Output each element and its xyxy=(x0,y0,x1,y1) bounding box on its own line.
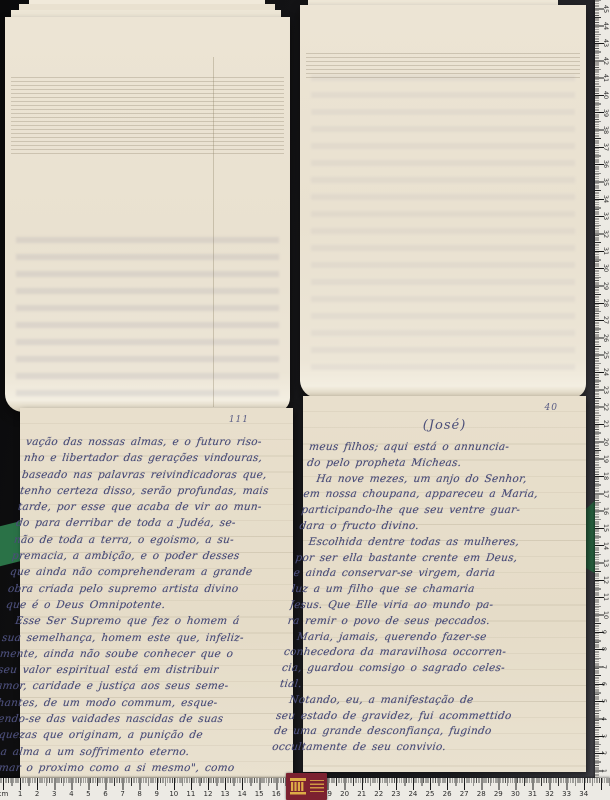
handwritten-line: baseado nas palavras reivindicadoras que… xyxy=(21,467,286,483)
ruler-label: 8 xyxy=(600,647,608,651)
handwritten-text-right: meus filhos; aqui está o annuncia-do pel… xyxy=(271,440,583,756)
ruler-label: 12 xyxy=(203,790,212,798)
handwritten-line: que ainda não comprehenderam a grande xyxy=(9,564,274,580)
ruler-label: 19 xyxy=(602,455,610,463)
ruler-label: 10 xyxy=(602,611,610,619)
ruler-label: 9 xyxy=(154,790,158,798)
ruler-label: 27 xyxy=(602,316,610,324)
ruler-label: 31 xyxy=(528,790,537,798)
ruler-label: 39 xyxy=(602,108,610,116)
ruler-label: 14 xyxy=(602,541,610,549)
flipped-page-back xyxy=(5,17,290,412)
ruler-label: 43 xyxy=(602,39,610,47)
stamp-text-lines xyxy=(310,780,324,793)
ruler-label: 36 xyxy=(602,160,610,168)
handwritten-line: Notando, eu, a manifestação de xyxy=(277,693,552,709)
handwritten-line: luz a um filho que se chamaria xyxy=(291,582,566,598)
right-flipped-page-stack xyxy=(300,0,586,398)
handwritten-line: occultamente de seu convivio. xyxy=(271,740,546,756)
ruler-tick-marks xyxy=(595,0,604,800)
handwritten-line: participando-lhe que seu ventre guar- xyxy=(300,503,575,519)
handwritten-line: do para derribar de toda a Judéa, se- xyxy=(15,515,280,531)
handwritten-line: por ser ella bastante crente em Deus, xyxy=(294,551,569,567)
ruler-label: 8 xyxy=(137,790,141,798)
left-flipped-page-stack xyxy=(5,0,290,412)
ruler-label: 22 xyxy=(602,403,610,411)
handwritten-line: conhecedora da maravilhosa occorren- xyxy=(283,645,558,661)
flipped-page-back xyxy=(300,5,586,398)
ruler-label: 21 xyxy=(357,790,366,798)
ruler-label: 11 xyxy=(186,790,195,798)
left-written-page: 111 vação das nossas almas, e o futuro r… xyxy=(20,408,293,780)
scanned-manuscript-photo: 111 vação das nossas almas, e o futuro r… xyxy=(0,0,610,800)
ink-bleed-through xyxy=(16,237,278,405)
handwritten-line: do pelo propheta Micheas. xyxy=(306,456,581,472)
stacked-sheet-striations xyxy=(11,77,285,155)
handwritten-line: premacia, a ambição, e o poder desses xyxy=(11,548,276,564)
ruler-label: 22 xyxy=(374,790,383,798)
ruler-label: 5 xyxy=(86,790,90,798)
ruler-label: 13 xyxy=(602,559,610,567)
handwritten-line: tial. xyxy=(279,677,554,693)
ruler-label: 33 xyxy=(562,790,571,798)
ruler-label: 6 xyxy=(103,790,107,798)
ruler-label: 23 xyxy=(391,790,400,798)
handwritten-text-left: vação das nossas almas, e o futuro riso-… xyxy=(0,434,290,776)
ruler-label: 28 xyxy=(477,790,486,798)
ruler-label: 35 xyxy=(602,178,610,186)
ruler-label: 1 xyxy=(600,769,608,773)
handwritten-line: vação das nossas almas, e o futuro riso- xyxy=(25,434,290,450)
ruler-label: 37 xyxy=(602,143,610,151)
ruler-label: 26 xyxy=(443,790,452,798)
handwritten-line: dara o fructo divino. xyxy=(298,519,573,535)
handwritten-line: não de toda a terra, o egoismo, a su- xyxy=(13,532,278,548)
ruler-label: 21 xyxy=(602,420,610,428)
ruler-label: 45 xyxy=(602,4,610,12)
ruler-label: 18 xyxy=(602,472,610,480)
handwritten-line: Jesus. Que Elle viria ao mundo pa- xyxy=(289,598,564,614)
ruler-label: 42 xyxy=(602,56,610,64)
handwritten-line: seu valor espiritual está em distribuir xyxy=(0,662,262,678)
ruler-label: 3 xyxy=(52,790,56,798)
ruler-label: 15 xyxy=(602,524,610,532)
page-number: 111 xyxy=(229,415,249,425)
handwritten-line: de uma grande desconfiança, fugindo xyxy=(273,724,548,740)
handwritten-line: Maria, jamais, querendo fazer-se xyxy=(285,630,560,646)
ruler-label: 33 xyxy=(602,212,610,220)
ruler-label: 23 xyxy=(602,385,610,393)
handwritten-line: "Amar o proximo como a si mesmo", como xyxy=(0,760,250,776)
section-heading: (José) xyxy=(303,418,586,433)
handwritten-line: que é o Deus Omnipotente. xyxy=(5,597,270,613)
ruler-label: 5 xyxy=(600,699,608,703)
ruler-label: 10 xyxy=(169,790,178,798)
ruler-label: 29 xyxy=(602,282,610,290)
ruler-label: 34 xyxy=(602,195,610,203)
ruler-label: 9 xyxy=(600,630,608,634)
handwritten-line: meus filhos; aqui está o annuncia- xyxy=(308,440,583,456)
ruler-label: 17 xyxy=(602,489,610,497)
ruler-label: 7 xyxy=(600,665,608,669)
ruler-label: 6 xyxy=(600,682,608,686)
ruler-label: 32 xyxy=(545,790,554,798)
ruler-label: 20 xyxy=(602,437,610,445)
ruler-label: 16 xyxy=(602,507,610,515)
handwritten-line: seu estado de gravidez, fui acommettido xyxy=(275,709,550,725)
ruler-label: 30 xyxy=(511,790,520,798)
ruler-label: 30 xyxy=(602,264,610,272)
handwritten-line: Ha nove mezes, um anjo do Senhor, xyxy=(304,472,579,488)
handwritten-line: Escolhida dentre todas as mulheres, xyxy=(296,535,571,551)
ruler-label: 26 xyxy=(602,334,610,342)
handwritten-line: nho e libertador das gerações vindouras, xyxy=(23,450,288,466)
ruler-label: 38 xyxy=(602,126,610,134)
handwritten-line: Esse Ser Supremo que fez o homem á xyxy=(3,613,268,629)
ruler-label: 2 xyxy=(35,790,39,798)
ruler-label: 40 xyxy=(602,91,610,99)
handwritten-line: lhantes, de um modo commum, esque- xyxy=(0,695,258,711)
handwritten-line: amor, caridade e justiça aos seus seme- xyxy=(0,678,260,694)
ruler-label: 16 xyxy=(272,790,281,798)
ruler-label: 15 xyxy=(255,790,264,798)
ruler-label: 25 xyxy=(602,351,610,359)
ruler-label: 20 xyxy=(340,790,349,798)
handwritten-line: cendo-se das vaidades nascidas de suas xyxy=(0,711,256,727)
handwritten-line: sua alma a um soffrimento eterno. xyxy=(0,744,252,760)
handwritten-line: mente, ainda não soube conhecer que o xyxy=(0,646,264,662)
ink-bleed-through xyxy=(311,75,574,375)
ruler-label: 31 xyxy=(602,247,610,255)
ruler-label: 32 xyxy=(602,230,610,238)
ruler-label: 34 xyxy=(579,790,588,798)
ruler-label: 25 xyxy=(426,790,435,798)
ruler-label: 14 xyxy=(238,790,247,798)
handwritten-line: sua semelhança, homem este que, infeliz- xyxy=(1,630,266,646)
ruler-label: 28 xyxy=(602,299,610,307)
handwritten-line: em nossa choupana, appareceu a Maria, xyxy=(302,487,577,503)
ruler-label: 13 xyxy=(221,790,230,798)
ruler-label: 41 xyxy=(602,74,610,82)
ruler-label: 29 xyxy=(494,790,503,798)
vertical-cm-ruler: cm12345678910111213141516171819202122232… xyxy=(595,0,610,800)
handwritten-line: ra remir o povo de seus peccados. xyxy=(287,614,562,630)
page-number: 40 xyxy=(545,403,558,413)
handwritten-line: cia, guardou comsigo o sagrado celes- xyxy=(281,661,556,677)
ruler-label: cm xyxy=(0,790,8,798)
archive-building-icon xyxy=(288,776,308,796)
ruler-label: 4 xyxy=(600,717,608,721)
ruler-label: 1 xyxy=(18,790,22,798)
ruler-label: 24 xyxy=(408,790,417,798)
ruler-label: 27 xyxy=(460,790,469,798)
ruler-label: 4 xyxy=(69,790,73,798)
ruler-label: 12 xyxy=(602,576,610,584)
ruler-label: 11 xyxy=(602,593,610,601)
handwritten-line: obra criada pelo supremo artista divino xyxy=(7,581,272,597)
ruler-label: 3 xyxy=(600,734,608,738)
ruler-label: 24 xyxy=(602,368,610,376)
archive-stamp xyxy=(286,773,327,800)
handwritten-line: e ainda conservar-se virgem, daria xyxy=(293,566,568,582)
ruler-label: 7 xyxy=(120,790,124,798)
right-written-page: 40 (José) meus filhos; aqui está o annun… xyxy=(303,396,586,772)
handwritten-line: tenho certeza disso, serão profundas, ma… xyxy=(19,483,284,499)
ruler-label: 2 xyxy=(600,751,608,755)
handwritten-line: riquezas que originam, a punição de xyxy=(0,727,254,743)
ruler-label: 44 xyxy=(602,22,610,30)
handwritten-line: tarde, por esse que acaba de vir ao mun- xyxy=(17,499,282,515)
